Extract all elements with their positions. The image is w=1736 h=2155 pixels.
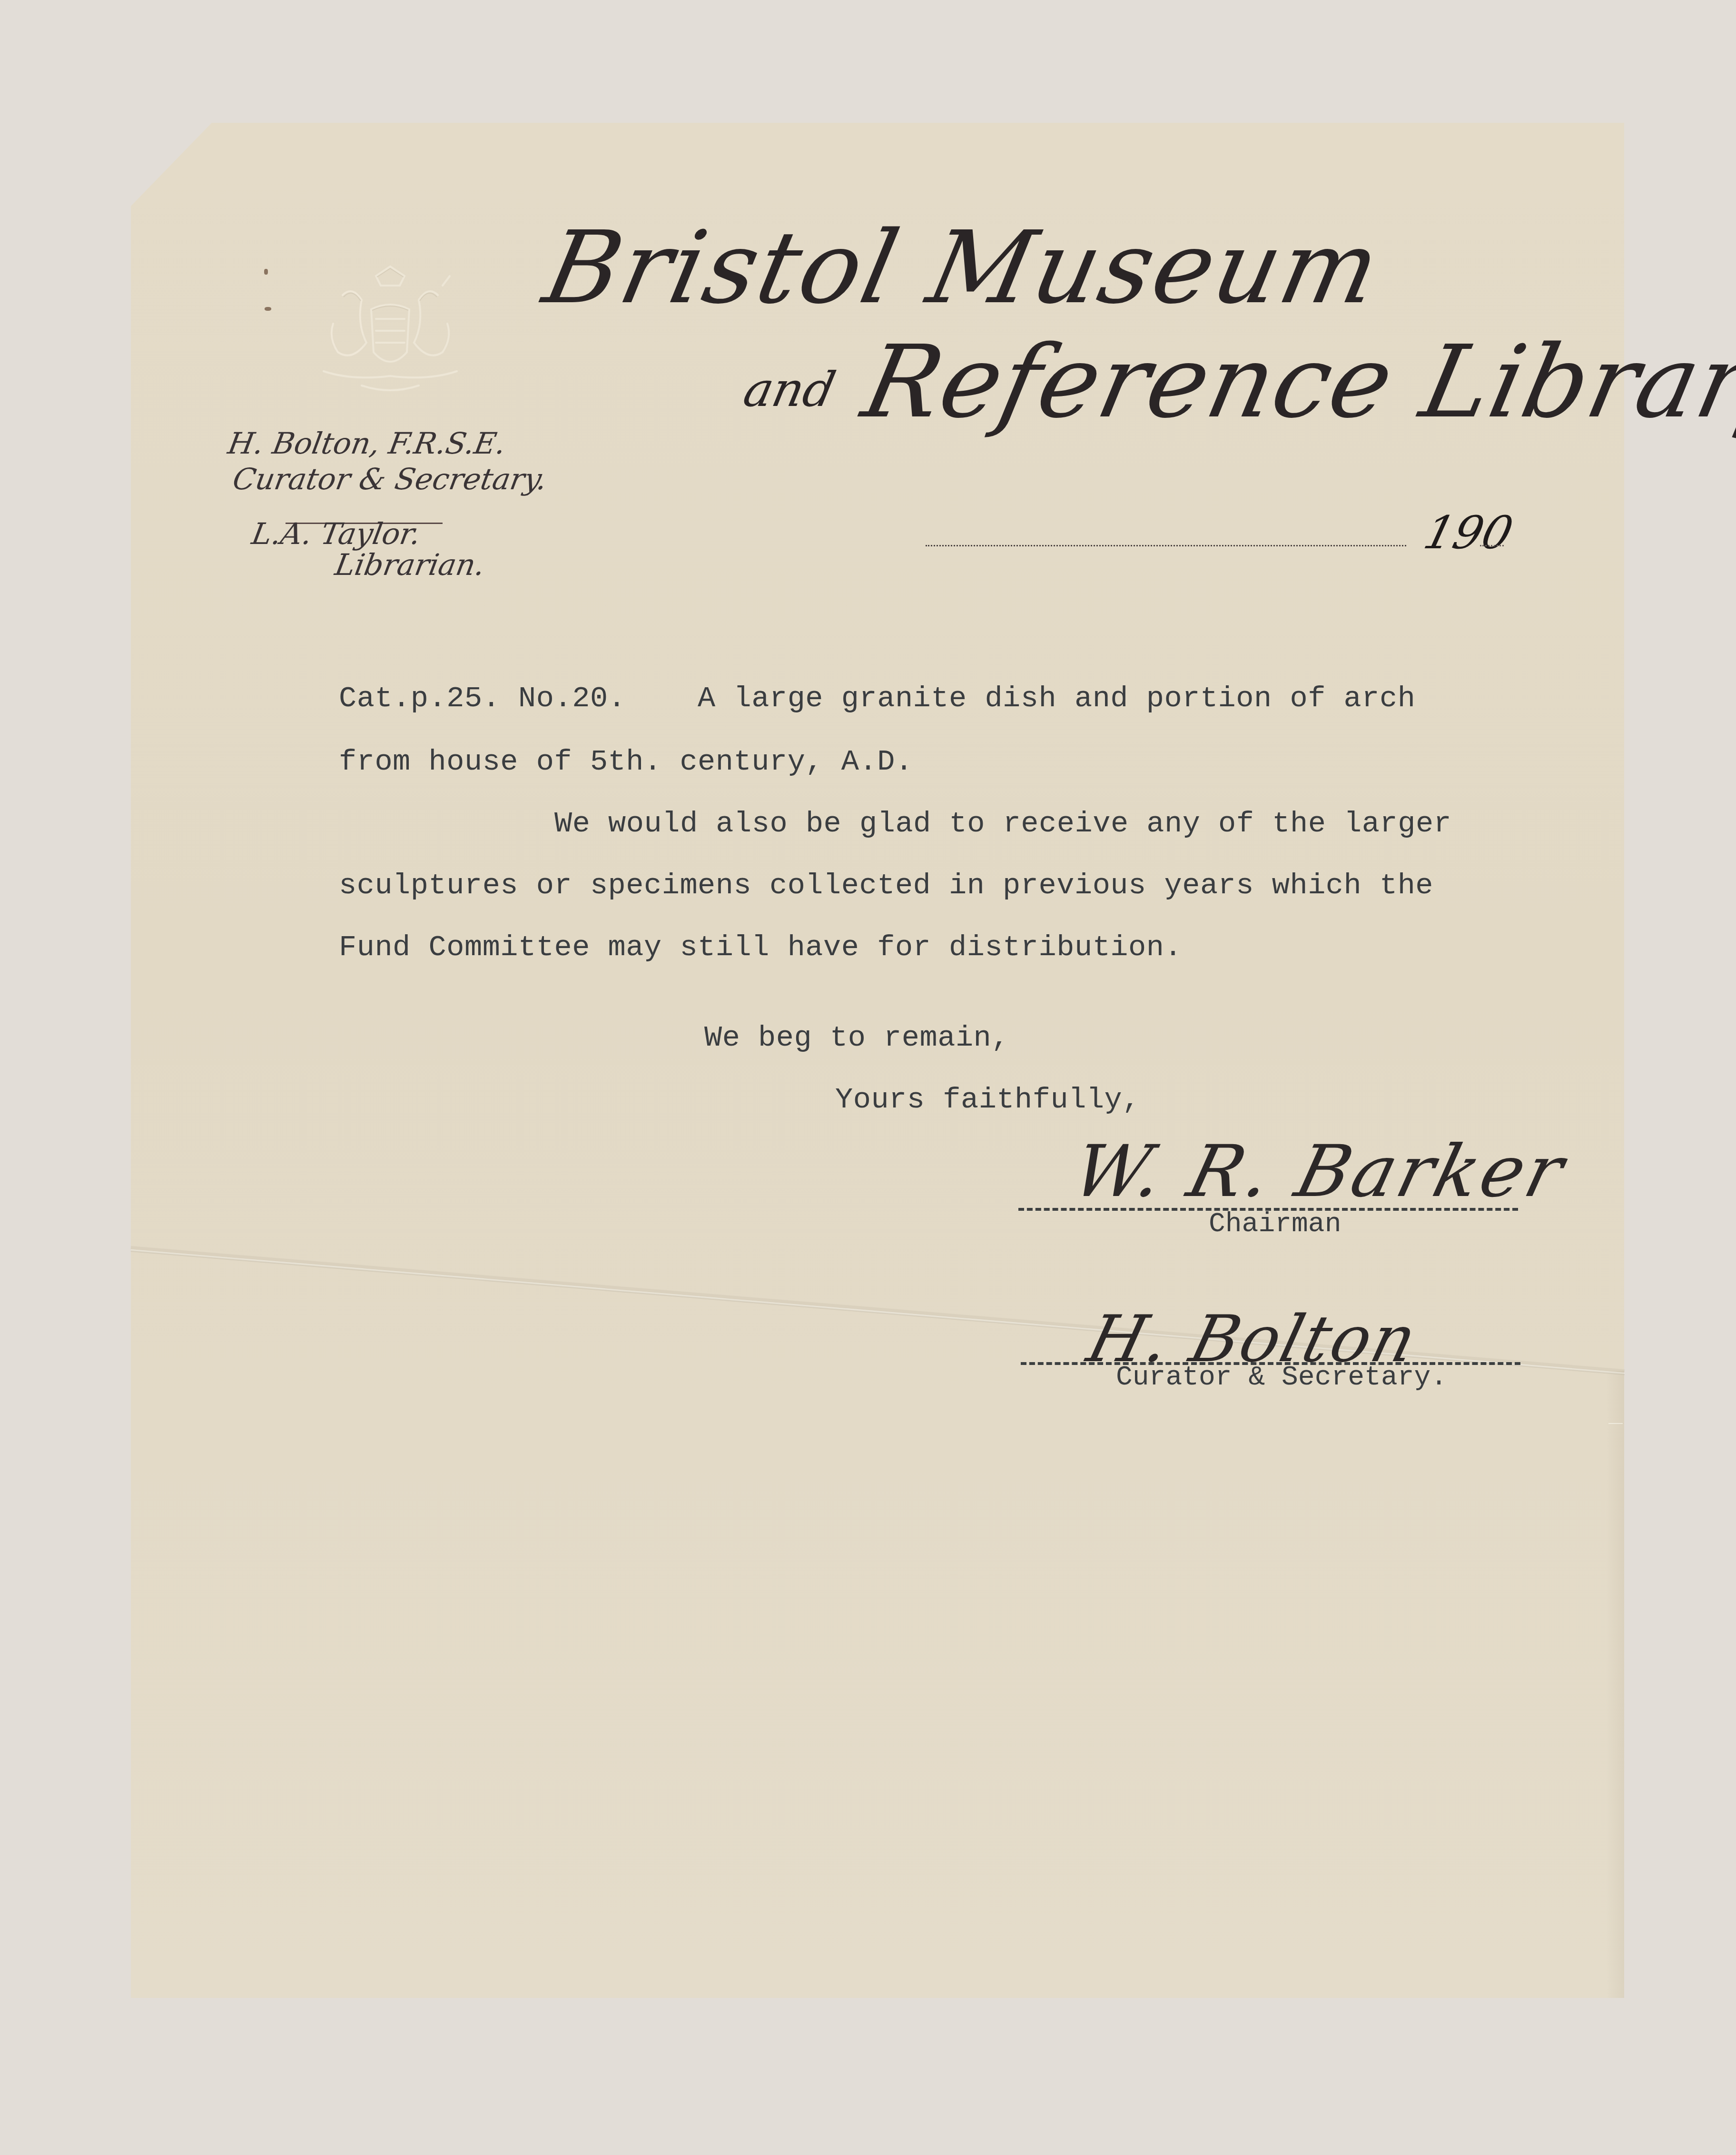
fold-crease-minor: [1608, 1423, 1623, 1424]
letterhead-title-line1: Bristol Museum: [535, 209, 1391, 326]
curator-name: H. Bolton, F.R.S.E.: [226, 426, 509, 461]
body-line: We would also be glad to receive any of …: [554, 807, 1451, 840]
chairman-title: Chairman: [1209, 1209, 1341, 1240]
paper-speck: [265, 307, 271, 311]
paper-edge-shadow: [1606, 1371, 1624, 1998]
closing-faithfully: Yours faithfully,: [835, 1083, 1140, 1117]
curator-signature-title: Curator & Secretary.: [1116, 1362, 1447, 1393]
body-line: Cat.p.25. No.20. A large granite dish an…: [339, 682, 1415, 715]
coat-of-arms-emboss-icon: [305, 257, 476, 405]
body-line: from house of 5th. century, A.D.: [339, 745, 913, 779]
librarian-role: Librarian.: [333, 547, 488, 582]
chairman-signature: W. R. Barker: [1065, 1130, 1574, 1213]
body-line: Fund Committee may still have for distri…: [339, 930, 1182, 964]
closing-remain: We beg to remain,: [704, 1021, 1009, 1055]
letterhead-title-line2: Reference Library.: [854, 324, 1736, 440]
letterhead-and: and: [739, 362, 840, 417]
body-line: sculptures or specimens collected in pre…: [339, 869, 1433, 902]
curator-role: Curator & Secretary.: [230, 462, 550, 496]
date-field-line: [926, 545, 1406, 546]
librarian-name: L.A. Taylor.: [249, 516, 424, 551]
date-field-line-end: [1480, 545, 1504, 546]
paper-speck: [264, 269, 268, 275]
date-year-prefix: 190: [1419, 507, 1518, 559]
